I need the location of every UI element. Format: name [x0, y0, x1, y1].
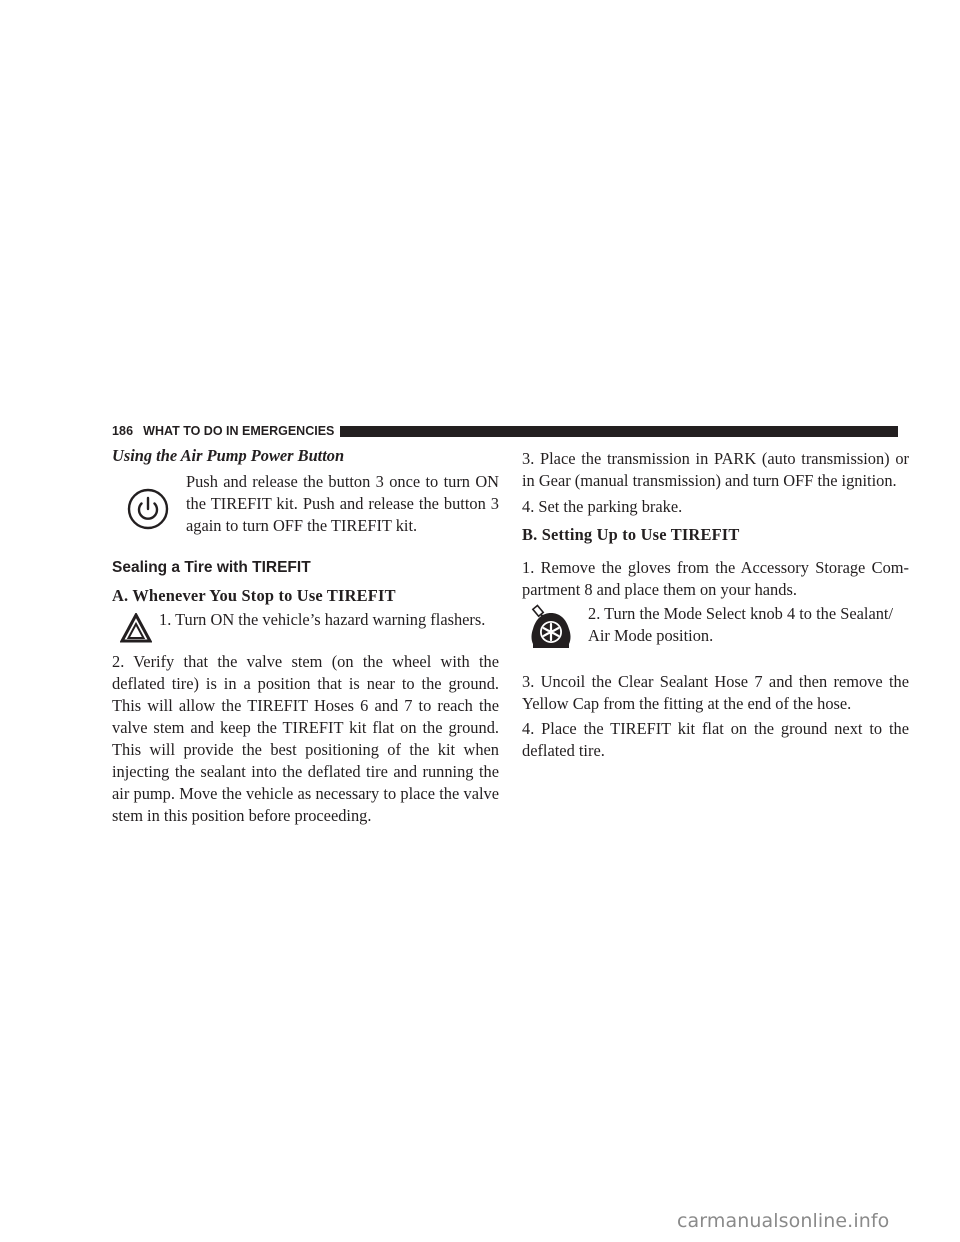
step4-parking-brake: 4. Set the parking brake.	[522, 496, 909, 518]
subsection-b-step4: 4. Place the TIREFIT kit flat on the gro…	[522, 718, 909, 762]
power-button-text: Push and release the button 3 once to tu…	[186, 471, 499, 537]
tire-sealant-mode-icon	[529, 604, 573, 650]
hazard-warning-icon	[120, 613, 152, 643]
subsection-b-step1: 1. Remove the gloves from the Accessory …	[522, 557, 909, 601]
subsection-b-step3: 3. Uncoil the Clear Sealant Hose 7 and t…	[522, 671, 909, 715]
page-number: 186	[112, 424, 133, 438]
manual-page: 186 WHAT TO DO IN EMERGENCIES Using the …	[0, 0, 960, 1242]
subsection-a-heading: A. Whenever You Stop to Use TIREFIT	[112, 585, 396, 607]
watermark: carmanualsonline.info	[677, 1210, 889, 1232]
section-title: WHAT TO DO IN EMERGENCIES	[143, 424, 334, 438]
subsection-a-step2: 2. Verify that the valve stem (on the wh…	[112, 651, 499, 827]
running-header: 186 WHAT TO DO IN EMERGENCIES	[112, 423, 898, 439]
sealing-section-heading: Sealing a Tire with TIREFIT	[112, 558, 311, 578]
step3-transmission: 3. Place the transmission in PARK (auto …	[522, 448, 909, 492]
subsection-a-step1: 1. Turn ON the vehicle’s hazard warning …	[159, 609, 504, 631]
power-icon	[126, 487, 170, 531]
subsection-b-step2: 2. Turn the Mode Select knob 4 to the Se…	[588, 603, 909, 647]
power-button-heading: Using the Air Pump Power Button	[112, 445, 344, 467]
subsection-b-heading: B. Setting Up to Use TIREFIT	[522, 524, 740, 546]
header-rule	[340, 426, 898, 437]
